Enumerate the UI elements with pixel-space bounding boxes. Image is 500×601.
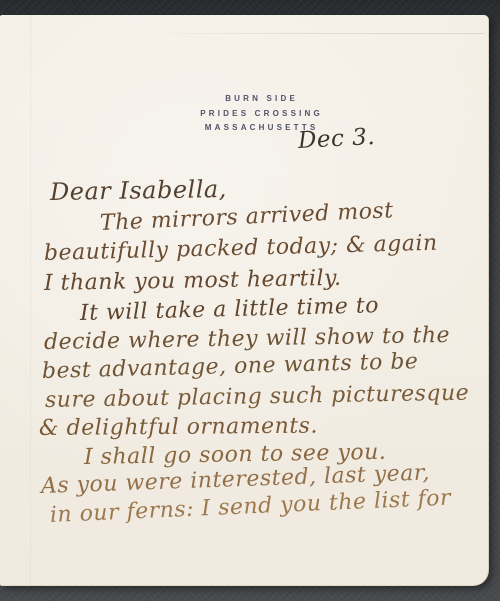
salutation-line: Dear Isabella,: [50, 175, 227, 206]
letterhead-line-1: BURN SIDE: [160, 92, 360, 107]
handwritten-line: I thank you most heartily.: [44, 266, 342, 296]
fold-crease-vertical: [30, 15, 32, 585]
handwritten-date: Dec 3.: [297, 124, 375, 154]
fold-crease-horizontal: [140, 33, 484, 34]
handwritten-line: & delightful ornaments.: [39, 414, 318, 441]
letterhead-line-2: PRIDES CROSSING: [160, 107, 360, 122]
scanned-letter-background: BURN SIDE PRIDES CROSSING MASSACHUSETTS …: [0, 0, 500, 601]
